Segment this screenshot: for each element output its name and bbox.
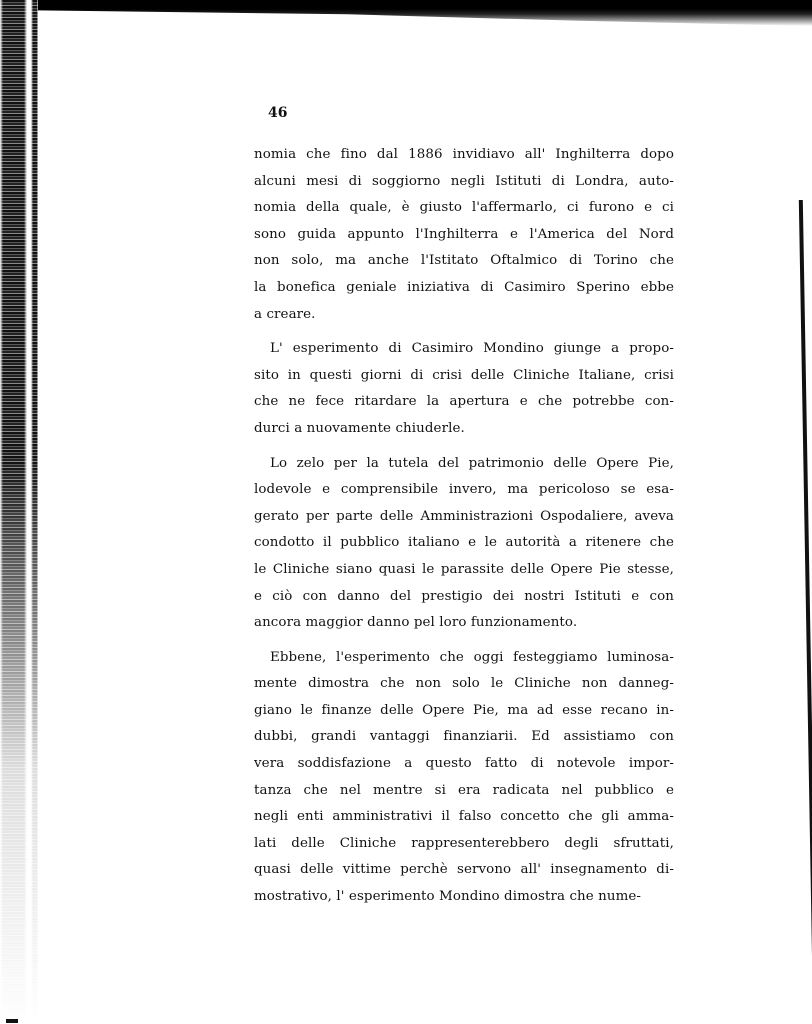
text-line: sono guida appunto l'Inghilterra e l'Ame… — [254, 222, 674, 249]
text-line: le Cliniche siano quasi le parassite del… — [254, 557, 674, 584]
text-line: lati delle Cliniche rappresenterebbero d… — [254, 831, 674, 858]
text-line: negli enti amministrativi il falso conce… — [254, 804, 674, 831]
text-line: non solo, ma anche l'Istitato Oftalmico … — [254, 248, 674, 275]
text-line: dubbi, grandi vantaggi finanziarii. Ed a… — [254, 724, 674, 751]
text-line: sito in questi giorni di crisi delle Cli… — [254, 363, 674, 390]
text-line: tanza che nel mentre si era radicata nel… — [254, 778, 674, 805]
text-line: a creare. — [254, 302, 674, 329]
scan-artifact-mark — [6, 1019, 18, 1023]
text-line: quasi delle vittime perchè servono all' … — [254, 857, 674, 884]
text-line: Ebbene, l'esperimento che oggi festeggia… — [254, 645, 674, 672]
paragraph: Ebbene, l'esperimento che oggi festeggia… — [254, 645, 674, 911]
text-line: alcuni mesi di soggiorno negli Istituti … — [254, 169, 674, 196]
document-page: 46 nomia che fino dal 1886 invidiavo all… — [254, 102, 674, 919]
text-line: che ne fece ritardare la apertura e che … — [254, 389, 674, 416]
scan-binding-edge — [0, 0, 40, 1024]
text-line: condotto il pubblico italiano e le autor… — [254, 530, 674, 557]
text-line: mostrativo, l' esperimento Mondino dimos… — [254, 884, 674, 911]
text-line: L' esperimento di Casimiro Mondino giung… — [254, 336, 674, 363]
text-line: ancora maggior danno pel loro funzioname… — [254, 610, 674, 637]
text-line: nomia della quale, è giusto l'affermarlo… — [254, 195, 674, 222]
text-line: la bonefica geniale iniziativa di Casimi… — [254, 275, 674, 302]
text-line: mente dimostra che non solo le Cliniche … — [254, 671, 674, 698]
paragraph: L' esperimento di Casimiro Mondino giung… — [254, 336, 674, 442]
body-text: nomia che fino dal 1886 invidiavo all' I… — [254, 142, 674, 911]
text-line: vera soddisfazione a questo fatto di not… — [254, 751, 674, 778]
text-line: lodevole e comprensibile invero, ma peri… — [254, 477, 674, 504]
text-line: gerato per parte delle Amministrazioni O… — [254, 504, 674, 531]
scan-right-edge — [799, 200, 812, 1024]
text-line: giano le finanze delle Opere Pie, ma ad … — [254, 698, 674, 725]
paragraph: Lo zelo per la tutela del patrimonio del… — [254, 451, 674, 637]
text-line: durci a nuovamente chiuderle. — [254, 416, 674, 443]
scan-top-shadow — [38, 0, 812, 26]
text-line: e ciò con danno del prestigio dei nostri… — [254, 584, 674, 611]
text-line: Lo zelo per la tutela del patrimonio del… — [254, 451, 674, 478]
page-number: 46 — [268, 102, 674, 124]
text-line: nomia che fino dal 1886 invidiavo all' I… — [254, 142, 674, 169]
paragraph: nomia che fino dal 1886 invidiavo all' I… — [254, 142, 674, 328]
